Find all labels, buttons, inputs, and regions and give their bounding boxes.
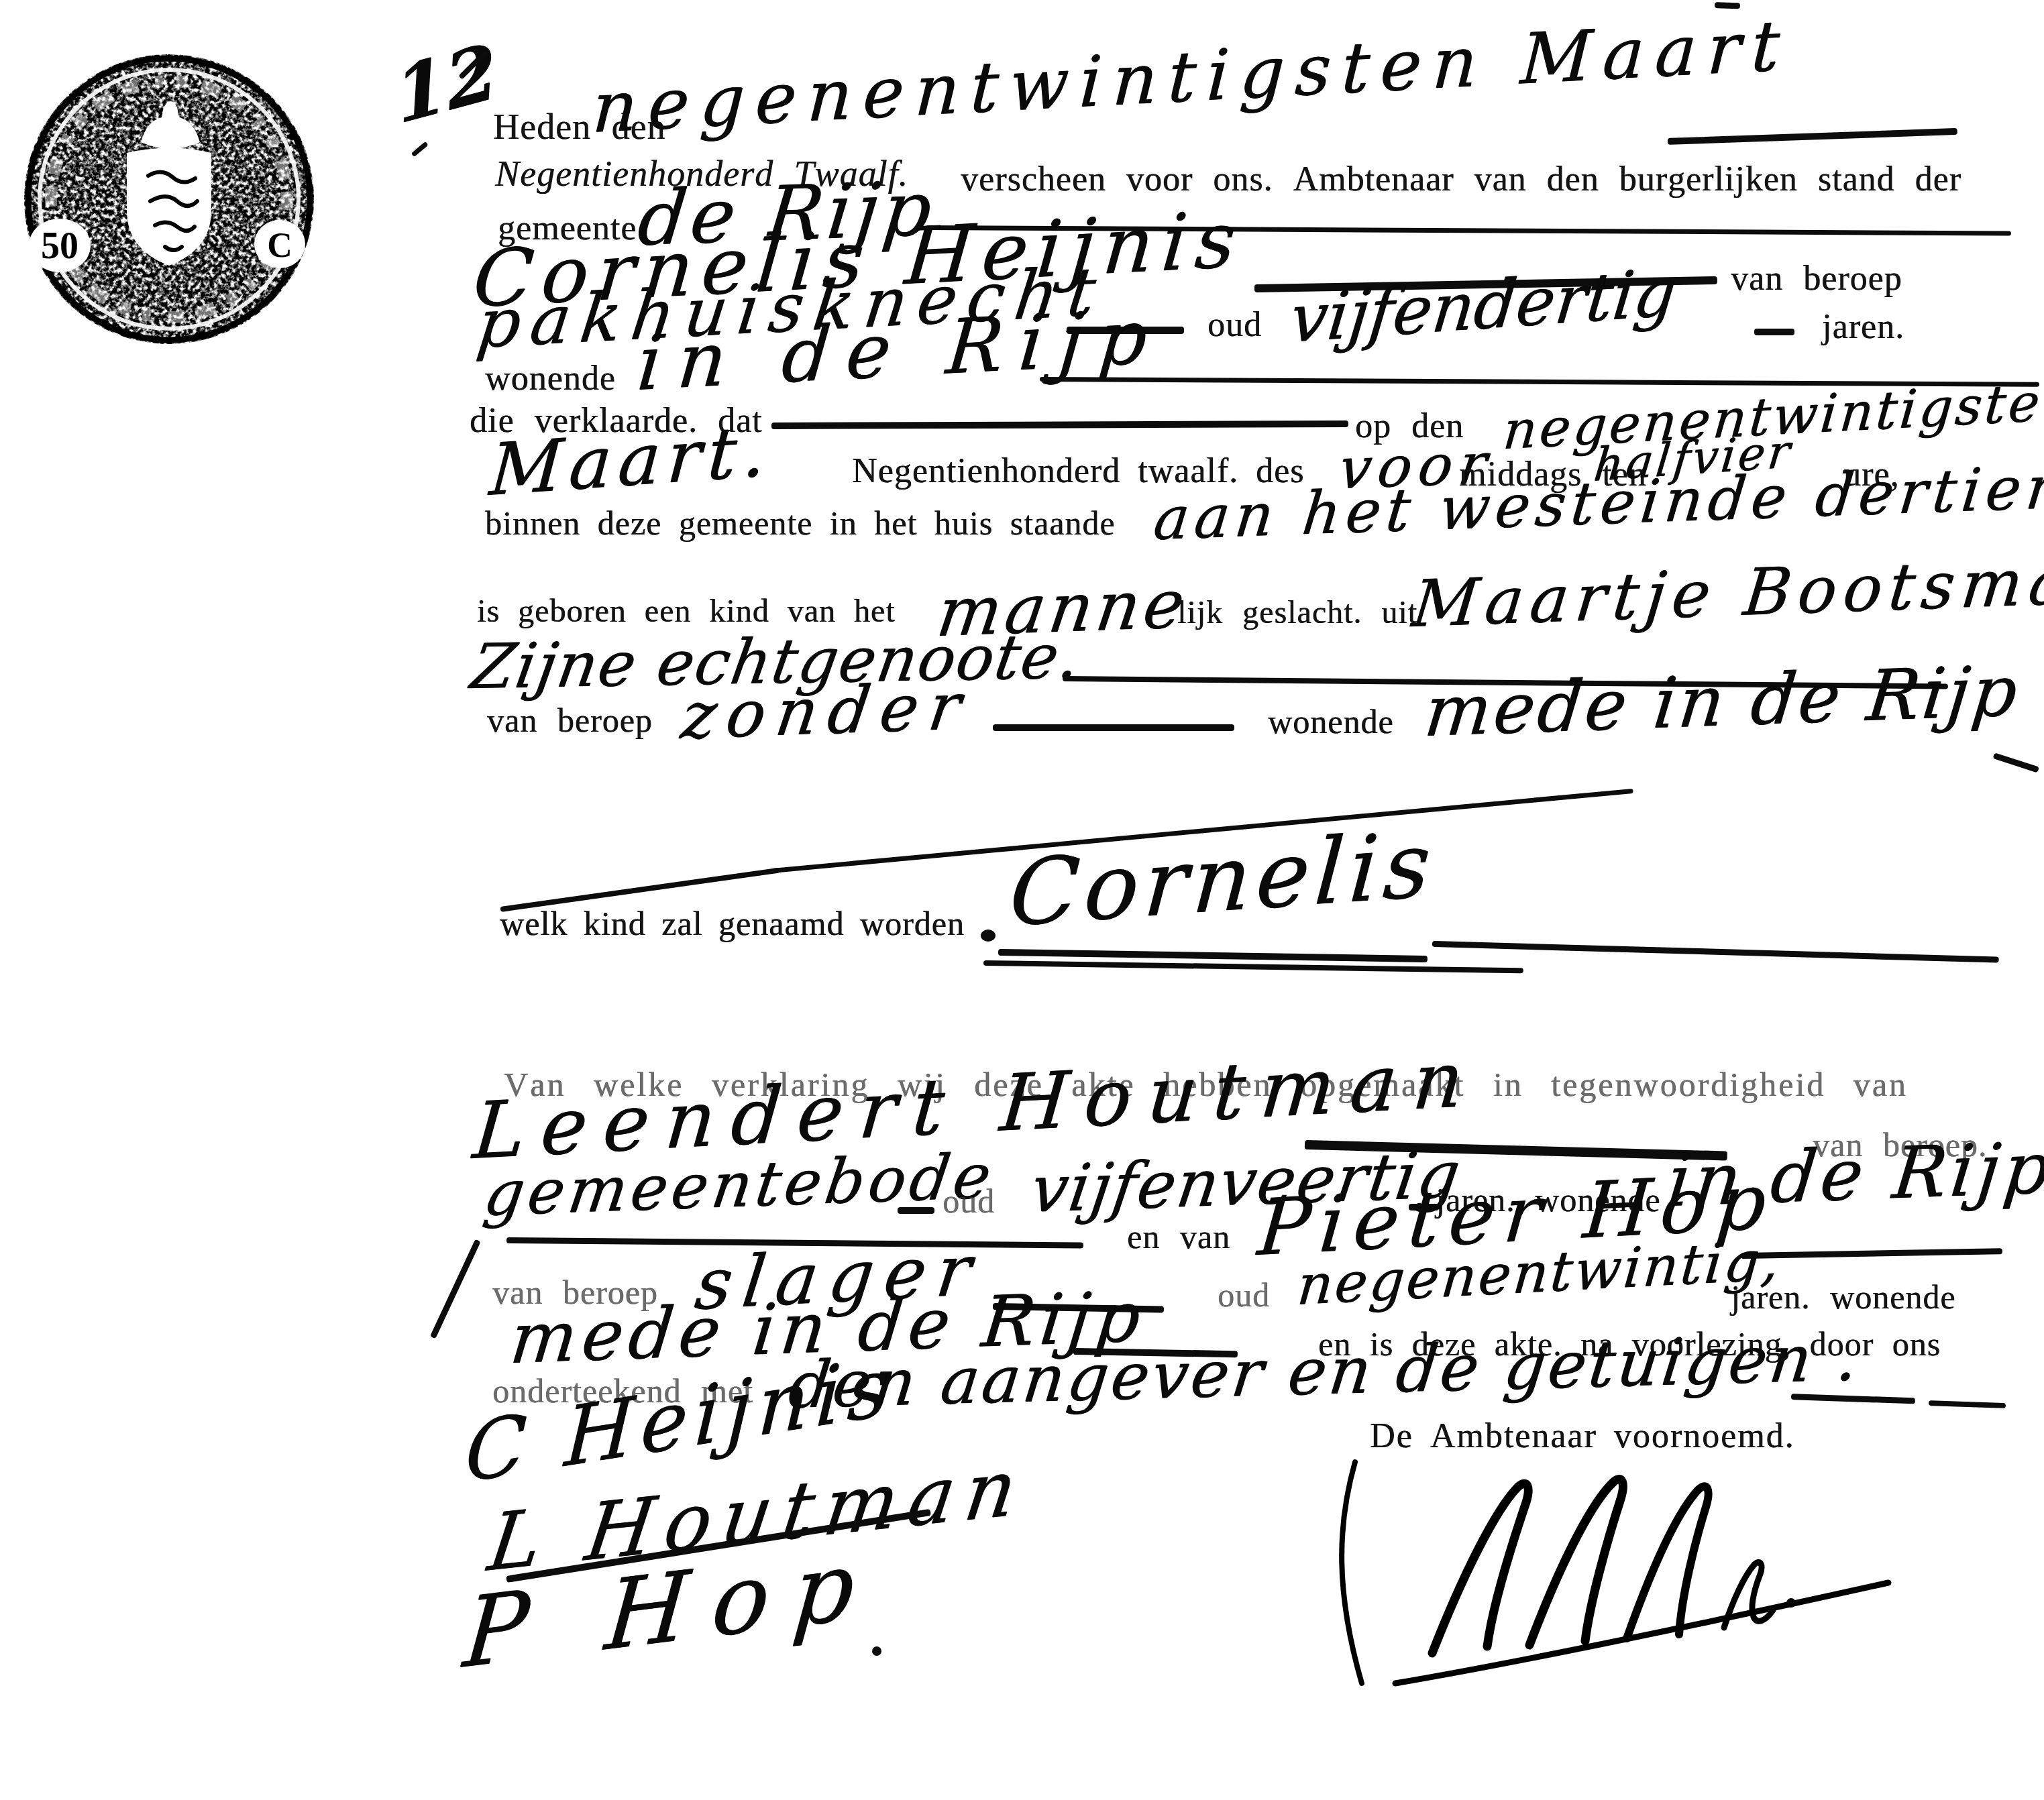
label-van-beroep-2: van beroep xyxy=(487,701,653,740)
label-binnen: binnen deze gemeente in het huis staande xyxy=(485,504,1115,543)
act-number: 12 xyxy=(390,26,502,142)
margin-stroke xyxy=(430,1239,481,1339)
label-oud-1: oud xyxy=(1207,305,1262,345)
label-jaren-wonende-2: jaren. wonende xyxy=(1731,1278,1955,1316)
entry-mother-occupation: zonder xyxy=(677,668,976,754)
official-signature xyxy=(1332,1452,1922,1693)
underline xyxy=(998,949,1428,962)
filler-line xyxy=(993,724,1234,731)
label-jaren-1: jaren. xyxy=(1822,307,1904,347)
label-wonende-1: wonende xyxy=(485,359,616,398)
label-ambtenaar: De Ambtenaar voornoemd. xyxy=(1370,1416,1794,1456)
underline xyxy=(983,960,1523,973)
label-welk-kind: welk kind zal genaamd worden xyxy=(500,904,965,943)
filler-dash xyxy=(1929,1400,2006,1408)
label-en-van: en van xyxy=(1127,1217,1230,1256)
ink-dot xyxy=(981,930,996,942)
entry-mother-residence: mede in de Rijp xyxy=(1421,650,2024,752)
filler-dash xyxy=(898,1207,934,1214)
entry-date: negenentwintigsten Maart xyxy=(590,4,1792,149)
label-wonende-2: wonende xyxy=(1268,702,1394,741)
stamp-unit: C xyxy=(267,227,292,265)
label-lijk-geslacht: lijk geslacht. uit xyxy=(1177,594,1417,631)
ink-dot xyxy=(872,1646,881,1656)
stamp-value: 50 xyxy=(41,225,78,267)
birth-certificate-scan: 50 C 12 Heden den negenentwintigsten Maa… xyxy=(0,0,2044,1800)
revenue-stamp: 50 C xyxy=(17,47,322,352)
filler-line xyxy=(771,420,1348,429)
filler-dash xyxy=(1791,1394,1915,1404)
filler-line xyxy=(1668,128,1957,145)
label-oud-3: oud xyxy=(1218,1276,1270,1314)
filler-dash xyxy=(1754,329,1794,335)
entry-declarant-age: vijfendertig xyxy=(1287,254,1680,358)
act-number-tick xyxy=(411,142,429,157)
filler-line xyxy=(1432,941,1999,963)
entry-child-name: Cornelis xyxy=(1006,811,1439,947)
label-verscheen: verscheen voor ons. Ambtenaar van den bu… xyxy=(961,160,1961,199)
filler-dash xyxy=(1993,752,2039,773)
label-van-beroep-1: van beroep xyxy=(1731,259,1902,298)
label-oud-2: oud xyxy=(943,1182,995,1221)
entry-mother-name: Maartje Bootsman xyxy=(1409,542,2044,642)
